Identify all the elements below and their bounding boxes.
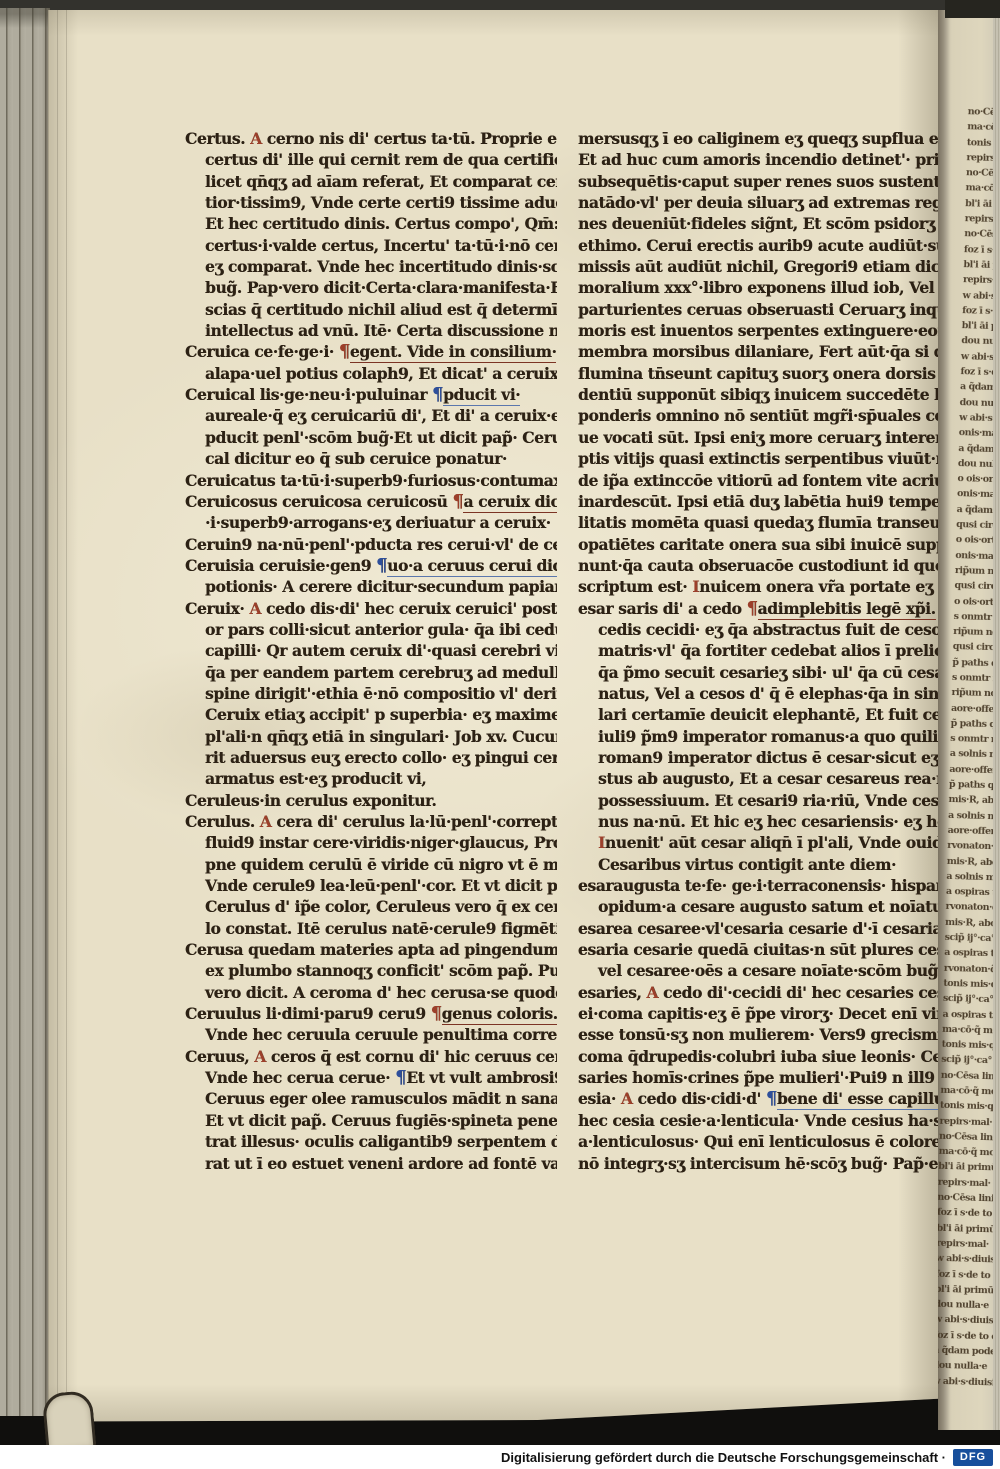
text-segment: opidum·a cesare augusto satum et noīatum… — [598, 897, 950, 916]
text-line: stus ab augusto, Et a cesar cesareus rea… — [578, 768, 950, 789]
text-line: dentiū supponūt sibiqʒ inuicem succedēte… — [578, 384, 950, 405]
text-segment: ethimo. Cerui erectis aurib9 acute audiū… — [578, 236, 950, 255]
text-segment: A — [621, 1089, 633, 1108]
text-line: Certus. A cerno nis di' certus ta·tū. Pr… — [185, 128, 557, 149]
text-line: ei·coma capitis·eʒ ē p̃pe virorʒ· Decet … — [578, 1003, 950, 1024]
text-segment: Cerusa quedam materies apta ad pingendum… — [185, 940, 557, 959]
text-segment: scias q̄ certitudo nichil aliud est q̄ d… — [205, 300, 557, 319]
text-segment: certus di' ille qui cernit rem de qua ce… — [205, 150, 557, 169]
text-segment: Vnde hec ceruula ceruule penultima corre… — [205, 1025, 557, 1044]
text-line: iuli9 p̃m9 imperator romanus·a quo quili… — [578, 726, 950, 747]
text-segment: I — [598, 833, 605, 852]
text-segment: saries homīs·crines p̃pe mulieri'·Pui9 n… — [578, 1068, 935, 1087]
text-line: scias q̄ certitudo nichil aliud est q̄ d… — [185, 299, 557, 320]
text-segment: cal dicitur eo q̄ sub ceruice ponatur· — [205, 449, 507, 468]
text-line: lari certamīe deuicit elephantē, Et fuit… — [578, 704, 950, 725]
text-line: Et ad huc cum amoris incendio detinet'· … — [578, 149, 950, 170]
text-line: Cesaria cesarie quedā ciuitas·n sūt plu… — [578, 939, 950, 960]
pilcrow-mark: ¶ — [432, 384, 443, 405]
text-segment: nes deueniūt·fideles sig̃nt, Et scōm psi… — [578, 214, 950, 233]
text-segment: Ceruica ce·fe·ge·i· — [185, 342, 339, 361]
text-line: Ceruicatus ta·tū·i·superb9·furiosus·cont… — [185, 470, 557, 491]
text-segment: capilli· Qr autem ceruix di'·quasi cereb… — [205, 641, 557, 660]
text-line: nes deueniūt·fideles sig̃nt, Et scōm psi… — [578, 213, 950, 234]
text-segment: bene di' esse capillus· — [777, 1089, 950, 1110]
text-line: Vnde hec cerua cerue· ¶Et vt vult ambros… — [185, 1067, 557, 1088]
pilcrow-mark: ¶ — [766, 1088, 777, 1109]
text-line: intellectus ad vnū. Itē· Certa discussio… — [185, 320, 557, 341]
text-segment: membra morsibus dilaniare, Fert aūt·q̄a … — [578, 342, 950, 361]
text-segment: alapa·uel potius colaph9, Et dicat' a ce… — [205, 364, 557, 383]
text-segment: cedo di'·cecidi di' hec cesaries cesari: — [658, 983, 950, 1002]
text-segment: q̄a p̃mo secuit cesarieʒ sibi· ul' q̄a c… — [598, 663, 950, 682]
text-line: alapa·uel potius colaph9, Et dicat' a ce… — [185, 363, 557, 384]
text-segment: Et vt vult ambrosi9 — [406, 1068, 557, 1087]
text-segment: subsequētis·caput super renes suos suste… — [578, 172, 950, 191]
text-line: eʒ comparat. Vnde hec incertitudo dinis·… — [185, 256, 557, 277]
text-line: Ceruica ce·fe·ge·i· ¶egent. Vide in cons… — [185, 341, 557, 362]
text-segment: adimplebitis legē xp̃i. — [758, 599, 936, 620]
text-segment: dentiū supponūt sibiqʒ inuicem succedēte… — [578, 385, 950, 404]
text-column-left: Certus. A cerno nis di' certus ta·tū. Pr… — [185, 128, 557, 1174]
text-segment: Certus. — [185, 129, 250, 148]
text-segment: pl'ali·n qn̄qʒ etiā in singulari· Job xv… — [205, 727, 557, 746]
text-segment: ptis vitijs quasi extinctis serpentibus … — [578, 449, 946, 468]
text-line: litatis momēta quasi quedaʒ flumīa trans… — [578, 512, 950, 533]
text-line: Cerusa quedam materies apta ad pingendum… — [185, 939, 557, 960]
text-segment: Et hec certitudo dinis. Certus compo', Q… — [205, 214, 557, 233]
text-segment: Et vt dicit pap̃. Ceruus fugiēs·spineta … — [205, 1111, 557, 1130]
text-segment: Vnde hec cerua cerue· — [205, 1068, 395, 1087]
text-line: q̄a p̃mo secuit cesarieʒ sibi· ul' q̄a c… — [578, 662, 950, 683]
adjacent-page-text: no·Cēsa liniculoma·cō·q̃ mch9tonis mis·q… — [938, 104, 1000, 1391]
text-line: Inuenit' aūt cesar aliqn̄ ī pl'ali, Vnde… — [578, 832, 950, 853]
text-line: bug̃. Pap·vero dicit·Certa·clara·manifes… — [185, 277, 557, 298]
text-line: ponderis omnino nō sentiūt mgr̃i·sp̄uale… — [578, 405, 950, 426]
text-segment: Cerulus d' ip̃e color, Ceruleus vero q̄ … — [205, 897, 557, 916]
text-line: Vnde cerule9 lea·leū·penl'·cor. Et vt di… — [185, 875, 557, 896]
text-segment: uo·a ceruus cerui dicit· — [387, 556, 557, 577]
text-segment: A — [250, 129, 262, 148]
text-line: Ceruix etiaʒ accipit' p superbia· eʒ max… — [185, 704, 557, 725]
text-line: or pars colli·sicut anterior gula· q̄a i… — [185, 619, 557, 640]
text-line: Ceruin9 na·nū·penl'·pducta res cerui·vl'… — [185, 534, 557, 555]
text-line: nunt·q̄a cauta obseruacōe custodiunt id … — [578, 555, 950, 576]
text-line: esse tonsū·sʒ non mulierem· Vers9 grecis… — [578, 1024, 950, 1045]
text-segment: aureale·q̄ eʒ ceruicariū di', Et di' a c… — [205, 406, 557, 425]
scan-top-right-corner — [945, 0, 1000, 18]
text-segment: vel cesaree·oēs a cesare noīate·scōm bug… — [598, 961, 943, 980]
text-line: Cesaries, A cedo di'·cecidi di' hec cesa… — [578, 982, 950, 1003]
text-line: subsequētis·caput super renes suos suste… — [578, 171, 950, 192]
text-segment: rit aduersus euʒ erecto collo· eʒ pingui… — [205, 748, 557, 767]
text-line: possessiuum. Et cesari9 ria·riū, Vnde ce… — [578, 790, 950, 811]
text-segment: de ip̃a extinccōe vitiorū ad fontem vite… — [578, 471, 950, 490]
text-line: roman9 imperator dictus ē cesar·sicut eʒ… — [578, 747, 950, 768]
text-line: rat ut ī eo estuet veneni ardore ad font… — [185, 1153, 557, 1174]
dfg-logo: DFG — [953, 1449, 993, 1466]
text-line: lo constat. Itē cerulus natē·cerule9 fig… — [185, 918, 557, 939]
text-line: cedis cecidi· eʒ q̄a abstractus fuit de … — [578, 619, 950, 640]
text-segment: Ceruical lis·ge·neu·i·puluinar — [185, 385, 432, 404]
text-segment: a ceruix dicit'· — [463, 492, 557, 513]
text-line: membra morsibus dilaniare, Fert aūt·q̄a … — [578, 341, 950, 362]
text-segment: stus ab augusto, Et a cesar cesareus rea… — [598, 769, 950, 788]
text-segment: Cesia· — [578, 1089, 621, 1108]
text-line: hec cesia cesie·a·lenticula· Vnde cesius… — [578, 1110, 950, 1131]
text-segment: Cesaraugusta te·fe· ge·i·terraconensis· … — [578, 876, 950, 895]
text-segment: nus na·nū. Et hic eʒ hec cesariensis· eʒ… — [598, 812, 950, 831]
text-line: capilli· Qr autem ceruix di'·quasi cereb… — [185, 640, 557, 661]
text-segment: Ceruicosus ceruicosa ceruicosū — [185, 492, 452, 511]
text-line: Ceruix· A cedo dis·di' hec ceruix ceruic… — [185, 598, 557, 619]
pilcrow-mark: ¶ — [339, 341, 350, 362]
text-line: Vnde hec ceruula ceruule penultima corre… — [185, 1024, 557, 1045]
text-line: saries homīs·crines p̃pe mulieri'·Pui9 n… — [578, 1067, 950, 1088]
text-segment: iuli9 p̃m9 imperator romanus·a quo quili… — [598, 727, 950, 746]
text-line: pl'ali·n qn̄qʒ etiā in singulari· Job xv… — [185, 726, 557, 747]
text-line: ex plumbo stannoqʒ conficit' scōm pap̃. … — [185, 960, 557, 981]
text-segment: natādo·vl' per deuia siluarʒ ad extremas… — [578, 193, 950, 212]
pilcrow-mark: ¶ — [431, 1003, 442, 1024]
text-segment: Ceruulus li·dimi·paru9 ceru9 — [185, 1004, 431, 1023]
text-segment: licet qn̄qʒ ad aīam referat, Et comparat… — [205, 172, 557, 191]
text-segment: Ceruus eger olee ramusculos mādit n sana… — [205, 1089, 557, 1108]
text-line: certus·i·valde certus, Incertu' ta·tū·i·… — [185, 235, 557, 256]
text-segment: cerno nis di' certus ta·tū. Proprie enī — [262, 129, 557, 148]
text-line: Ceruulus li·dimi·paru9 ceru9 ¶genus colo… — [185, 1003, 557, 1024]
text-segment: trat illesus· oculis caligantib9 serpent… — [205, 1132, 557, 1151]
pilcrow-mark: ¶ — [452, 491, 463, 512]
text-segment: A — [249, 599, 261, 618]
scan-top-frame — [0, 0, 1000, 10]
text-segment: roman9 imperator dictus ē cesar·sicut eʒ… — [598, 748, 950, 767]
text-segment: a·lenticulosus· Qui enī lenticulosus ē c… — [578, 1132, 950, 1151]
text-segment: scriptum est· — [578, 577, 692, 596]
text-line: Et hec certitudo dinis. Certus compo', Q… — [185, 213, 557, 234]
text-segment: Ceruisia ceruisie·gen9 — [185, 556, 376, 575]
text-line: opidum·a cesare augusto satum et noīatum… — [578, 896, 950, 917]
book-left-page-edges — [0, 8, 50, 1416]
text-line: natus, Vel a cesos d' q̄ ē elephas·q̄a i… — [578, 683, 950, 704]
text-segment: Ceruix etiaʒ accipit' p superbia· eʒ max… — [205, 705, 557, 724]
text-segment: intellectus ad vnū. Itē· Certa discussio… — [205, 321, 557, 340]
text-segment: armatus est·eʒ producit vi, — [205, 769, 426, 788]
text-line: pne quidem cerulū ē viride cū nigro vt ē… — [185, 854, 557, 875]
text-segment: Cesaries, — [578, 983, 646, 1002]
text-line: vel cesaree·oēs a cesare noīate·scōm bug… — [578, 960, 950, 981]
text-line: Ceruicosus ceruicosa ceruicosū ¶a ceruix… — [185, 491, 557, 512]
text-line: a·lenticulosus· Qui enī lenticulosus ē c… — [578, 1131, 950, 1152]
text-segment: coma q̄drupedis·colubri iuba siue leonis… — [578, 1047, 947, 1066]
text-segment: pne quidem cerulū ē viride cū nigro vt ē… — [205, 855, 557, 874]
text-segment: moris est inuentos serpentes extinguere·… — [578, 321, 950, 340]
text-segment: nō integrʒ·sʒ intercisum hē·scōʒ bug̃· P… — [578, 1154, 950, 1173]
text-segment: vero dicit. A ceroma d' hec cerusa·se qu… — [205, 983, 557, 1002]
text-segment: Vnde cerule9 lea·leū·penl'·cor. Et vt di… — [205, 876, 557, 895]
text-line: rit aduersus euʒ erecto collo· eʒ pingui… — [185, 747, 557, 768]
text-segment: rat ut ī eo estuet veneni ardore ad font… — [205, 1154, 557, 1173]
text-line: natādo·vl' per deuia siluarʒ ad extremas… — [578, 192, 950, 213]
text-line: aureale·q̄ eʒ ceruicariū di', Et di' a c… — [185, 405, 557, 426]
text-segment: A — [646, 983, 658, 1002]
text-segment: missis aūt audiūt nichil, Gregori9 etiam… — [578, 257, 950, 276]
text-line: ue vocati sūt. Ipsi eniʒ more ceruarʒ in… — [578, 427, 950, 448]
text-line: flumina tn̄seunt capituʒ suorʒ onera dor… — [578, 363, 950, 384]
text-line: fluid9 instar cere·viridis·niger·glaucus… — [185, 832, 557, 853]
text-segment: Cesaribus virtus contigit ante diem· — [598, 855, 896, 874]
manuscript-page: Certus. A cerno nis di' certus ta·tū. Pr… — [48, 10, 938, 1430]
text-segment: nuicem onera vr̃a portate eʒ sic — [699, 577, 950, 596]
text-segment: hec cesia cesie·a·lenticula· Vnde cesius… — [578, 1111, 950, 1130]
text-line: tior·tissim9, Vnde certe certi9 tissime … — [185, 192, 557, 213]
text-segment: fluid9 instar cere·viridis·niger·glaucus… — [205, 833, 557, 852]
text-segment: ponderis omnino nō sentiūt mgr̃i·sp̄uale… — [578, 406, 950, 425]
text-segment: Cesaria cesarie quedā ciuitas·n sūt plu… — [578, 940, 950, 959]
text-line: missis aūt audiūt nichil, Gregori9 etiam… — [578, 256, 950, 277]
text-line: Ceruical lis·ge·neu·i·puluinar ¶pducit v… — [185, 384, 557, 405]
text-line: inardescūt. Ipsi etiā duʒ labētia hui9 t… — [578, 491, 950, 512]
text-segment: eʒ comparat. Vnde hec incertitudo dinis·… — [205, 257, 557, 276]
text-line: matris·vl' q̄a fortiter cedebat alios ī … — [578, 640, 950, 661]
text-segment: certus·i·valde certus, Incertu' ta·tū·i·… — [205, 236, 557, 255]
manuscript-scan: Certus. A cerno nis di' certus ta·tū. Pr… — [0, 0, 1000, 1469]
text-line: scriptum est· Inuicem onera vr̃a portate… — [578, 576, 950, 597]
text-segment: Cesarea cesaree·vl'cesaria cesarie d'·ī … — [578, 919, 950, 938]
text-line: nus na·nū. Et hic eʒ hec cesariensis· eʒ… — [578, 811, 950, 832]
text-line: q̄a per eandem partem cerebruʒ ad medull… — [185, 662, 557, 683]
text-line: Cesaribus virtus contigit ante diem· — [578, 854, 950, 875]
text-segment: matris·vl' q̄a fortiter cedebat alios ī … — [598, 641, 950, 660]
text-line: potionis· A cerere dicitur·secundum papi… — [185, 576, 557, 597]
text-segment: cedo dis·di' hec ceruix ceruici' posteri… — [261, 599, 557, 618]
pilcrow-mark: ¶ — [376, 555, 387, 576]
text-segment: bug̃. Pap·vero dicit·Certa·clara·manifes… — [205, 278, 557, 297]
text-segment: ex plumbo stannoqʒ conficit' scōm pap̃. … — [205, 961, 557, 980]
text-column-right: mersusqʒ ī eo caliginem eʒ queqʒ supflua… — [578, 128, 950, 1174]
text-segment: or pars colli·sicut anterior gula· q̄a i… — [205, 620, 557, 639]
text-segment: inardescūt. Ipsi etiā duʒ labētia hui9 t… — [578, 492, 950, 511]
text-segment: ue vocati sūt. Ipsi eniʒ more ceruarʒ in… — [578, 428, 950, 447]
text-segment: A — [260, 812, 272, 831]
text-line: Cerulus d' ip̃e color, Ceruleus vero q̄ … — [185, 896, 557, 917]
text-line: ethimo. Cerui erectis aurib9 acute audiū… — [578, 235, 950, 256]
adjacent-page-sliver: no·Cēsa liniculoma·cō·q̃ mch9tonis mis·q… — [938, 10, 1000, 1430]
text-segment: A — [254, 1047, 266, 1066]
text-line: Cesar saris di' a cedo ¶adimplebitis leg… — [578, 598, 950, 619]
text-line: coma q̄drupedis·colubri iuba siue leonis… — [578, 1046, 950, 1067]
text-line: armatus est·eʒ producit vi, — [185, 768, 557, 789]
text-segment: lari certamīe deuicit elephantē, Et fuit… — [598, 705, 950, 724]
text-segment: esse tonsū·sʒ non mulierem· Vers9 grecis… — [578, 1025, 950, 1044]
text-line: nō integrʒ·sʒ intercisum hē·scōʒ bug̃· P… — [578, 1153, 950, 1174]
text-line: Et vt dicit pap̃. Ceruus fugiēs·spineta … — [185, 1110, 557, 1131]
text-line: de ip̃a extinccōe vitiorū ad fontem vite… — [578, 470, 950, 491]
text-segment: ·i·superb9·arrogans·eʒ deriuatur a cerui… — [205, 513, 551, 532]
text-line: moris est inuentos serpentes extinguere·… — [578, 320, 950, 341]
text-line: trat illesus· oculis caligantib9 serpent… — [185, 1131, 557, 1152]
text-line: spine dirigit'·ethia ē·nō compositio vl'… — [185, 683, 557, 704]
book-right-page-edges — [993, 10, 1000, 1430]
text-segment: potionis· A cerere dicitur·secundum papi… — [205, 577, 557, 596]
pilcrow-mark: ¶ — [395, 1067, 406, 1088]
text-segment: egent. Vide in consilium· — [350, 342, 557, 363]
text-segment: ceros q̄ est cornu di' hic ceruus cerui — [266, 1047, 557, 1066]
text-line: certus di' ille qui cernit rem de qua ce… — [185, 149, 557, 170]
text-segment: litatis momēta quasi quedaʒ flumīa trans… — [578, 513, 950, 532]
text-segment: genus coloris. — [442, 1004, 557, 1025]
text-line: licet qn̄qʒ ad aīam referat, Et comparat… — [185, 171, 557, 192]
text-segment: pducit vi· — [443, 385, 520, 406]
text-segment: Ceruicatus ta·tū·i·superb9·furiosus·cont… — [185, 471, 557, 490]
text-segment: pducit penl'·scōm bug̃·Et ut dicit pap̃·… — [205, 428, 557, 447]
text-segment: mersusqʒ ī eo caliginem eʒ queqʒ supflua… — [578, 129, 950, 148]
text-segment: Ceruin9 na·nū·penl'·pducta res cerui·vl'… — [185, 535, 557, 554]
text-segment: cera di' cerulus la·lū·penl'·correpta — [271, 812, 557, 831]
text-line: Ceruisia ceruisie·gen9 ¶uo·a ceruus ceru… — [185, 555, 557, 576]
text-line: parturientes ceruas obseruasti Ceruarʒ i… — [578, 299, 950, 320]
text-segment: parturientes ceruas obseruasti Ceruarʒ i… — [578, 300, 950, 319]
text-line: pducit penl'·scōm bug̃·Et ut dicit pap̃·… — [185, 427, 557, 448]
text-segment: opatiētes caritate onera sua sibi inuicē… — [578, 535, 950, 554]
text-line: ·i·superb9·arrogans·eʒ deriuatur a cerui… — [185, 512, 557, 533]
text-segment: flumina tn̄seunt capituʒ suorʒ onera dor… — [578, 364, 950, 383]
text-segment: Cesar saris di' a cedo — [578, 599, 746, 618]
text-segment: natus, Vel a cesos d' q̄ ē elephas·q̄a i… — [598, 684, 950, 703]
text-segment: tior·tissim9, Vnde certe certi9 tissime … — [205, 193, 557, 212]
text-line: mersusqʒ ī eo caliginem eʒ queqʒ supflua… — [578, 128, 950, 149]
text-line: ptis vitijs quasi extinctis serpentibus … — [578, 448, 950, 469]
text-line: vero dicit. A ceroma d' hec cerusa·se qu… — [185, 982, 557, 1003]
text-segment: lo constat. Itē cerulus natē·cerule9 fig… — [205, 919, 557, 938]
text-segment: cedis cecidi· eʒ q̄a abstractus fuit de … — [598, 620, 950, 639]
text-segment: possessiuum. Et cesari9 ria·riū, Vnde ce… — [598, 791, 950, 810]
text-line: moralium xxx°·libro exponens illud iob, … — [578, 277, 950, 298]
text-line: Ceruus eger olee ramusculos mādit n sana… — [185, 1088, 557, 1109]
footer-credit-bar: Digitalisierung gefördert durch die Deut… — [0, 1445, 1000, 1469]
text-segment: cedo dis·cidi·d' — [633, 1089, 766, 1108]
text-segment: Et ad huc cum amoris incendio detinet'· … — [578, 150, 950, 169]
text-segment: spine dirigit'·ethia ē·nō compositio vl'… — [205, 684, 557, 703]
text-line: opatiētes caritate onera sua sibi inuicē… — [578, 534, 950, 555]
text-line: Ceruleus·in cerulus exponitur. — [185, 790, 557, 811]
text-segment: Cerulus. — [185, 812, 260, 831]
text-line: Cesaraugusta te·fe· ge·i·terraconensis· … — [578, 875, 950, 896]
text-line: Ceruus, A ceros q̄ est cornu di' hic cer… — [185, 1046, 557, 1067]
text-segment: nunt·q̄a cauta obseruacōe custodiunt id … — [578, 556, 950, 575]
text-segment: q̄a per eandem partem cerebruʒ ad medull… — [205, 663, 557, 682]
text-line: Cesia· A cedo dis·cidi·d' ¶bene di' esse… — [578, 1088, 950, 1109]
text-line: cal dicitur eo q̄ sub ceruice ponatur· — [185, 448, 557, 469]
pilcrow-mark: ¶ — [746, 598, 757, 619]
text-segment: Ceruleus·in cerulus exponitur. — [185, 791, 436, 810]
text-segment: moralium xxx°·libro exponens illud iob, … — [578, 278, 934, 297]
page-holder-tab — [42, 1390, 97, 1451]
text-line: Cesarea cesaree·vl'cesaria cesarie d'·ī … — [578, 918, 950, 939]
text-segment: nuenit' aūt cesar aliqn̄ ī pl'ali, Vnde … — [605, 833, 950, 852]
text-line: Cerulus. A cera di' cerulus la·lū·penl'·… — [185, 811, 557, 832]
text-segment: Ceruus, — [185, 1047, 254, 1066]
text-segment: Ceruix· — [185, 599, 249, 618]
text-segment: ei·coma capitis·eʒ ē p̃pe virorʒ· Decet … — [578, 1004, 950, 1023]
footer-credit-text: Digitalisierung gefördert durch die Deut… — [501, 1450, 946, 1465]
